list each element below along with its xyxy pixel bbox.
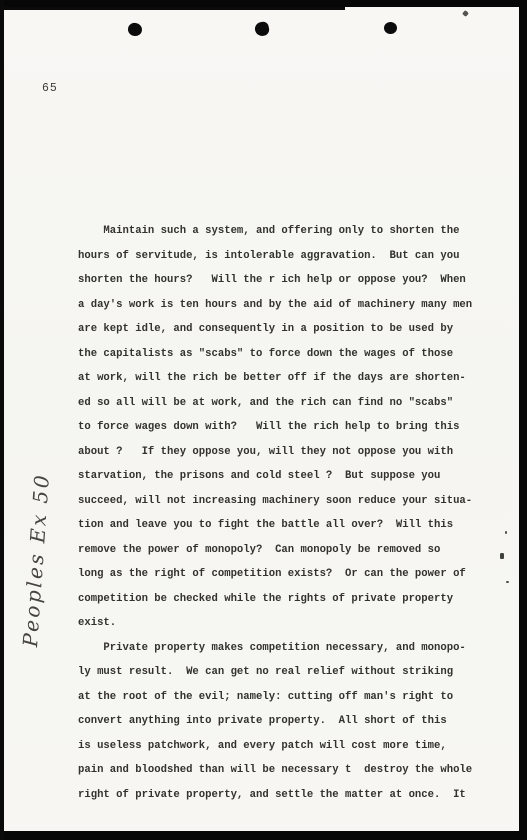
scan-border-bottom: [0, 831, 527, 840]
scan-border-left: [0, 0, 4, 840]
text-line: ed so all will be at work, and the rich …: [78, 391, 488, 416]
text-line: right of private property, and settle th…: [78, 783, 488, 808]
text-line: at work, will the rich be better off if …: [78, 366, 488, 391]
text-line: succeed, will not increasing machinery s…: [78, 489, 488, 514]
scan-speck-icon: [505, 531, 507, 534]
text-line: exist.: [78, 611, 488, 636]
scan-border-top: [0, 0, 527, 7]
punch-hole-dot-left: [127, 22, 143, 37]
scan-border-top-thick: [0, 7, 345, 10]
text-line: is useless patchwork, and every patch wi…: [78, 734, 488, 759]
exhibit-handwriting: Peoples Ex 50: [18, 437, 57, 648]
text-line: remove the power of monopoly? Can monopo…: [78, 538, 488, 563]
text-line: about ? If they oppose you, will they no…: [78, 440, 488, 465]
text-line: long as the right of competition exists?…: [78, 562, 488, 587]
typewritten-body: Maintain such a system, and offering onl…: [78, 219, 488, 807]
text-line: Maintain such a system, and offering onl…: [78, 219, 488, 244]
scan-speck-icon: [500, 553, 504, 559]
text-line: starvation, the prisons and cold steel ?…: [78, 464, 488, 489]
text-line: hours of servitude, is intolerable aggra…: [78, 244, 488, 269]
scan-speck-icon: [462, 10, 469, 17]
scanned-document-page: 65 Peoples Ex 50 Maintain such a system,…: [0, 0, 527, 840]
text-line: at the root of the evil; namely: cutting…: [78, 685, 488, 710]
text-line: competition be checked while the rights …: [78, 587, 488, 612]
punch-hole-dot-center: [254, 21, 271, 38]
page-number: 65: [42, 82, 58, 95]
scan-speck-icon: [506, 581, 509, 583]
text-line: a day's work is ten hours and by the aid…: [78, 293, 488, 318]
text-line: convert anything into private property. …: [78, 709, 488, 734]
text-line: are kept idle, and consequently in a pos…: [78, 317, 488, 342]
text-line: ly must result. We can get no real relie…: [78, 660, 488, 685]
text-line: Private property makes competition neces…: [78, 636, 488, 661]
punch-hole-dot-right: [384, 22, 397, 34]
scan-border-right: [519, 0, 527, 840]
text-line: pain and bloodshed than will be necessar…: [78, 758, 488, 783]
text-line: shorten the hours? Will the r ich help o…: [78, 268, 488, 293]
text-line: tion and leave you to fight the battle a…: [78, 513, 488, 538]
text-line: the capitalists as "scabs" to force down…: [78, 342, 488, 367]
margin-handwriting-area: Peoples Ex 50: [8, 438, 64, 648]
text-line: to force wages down with? Will the rich …: [78, 415, 488, 440]
